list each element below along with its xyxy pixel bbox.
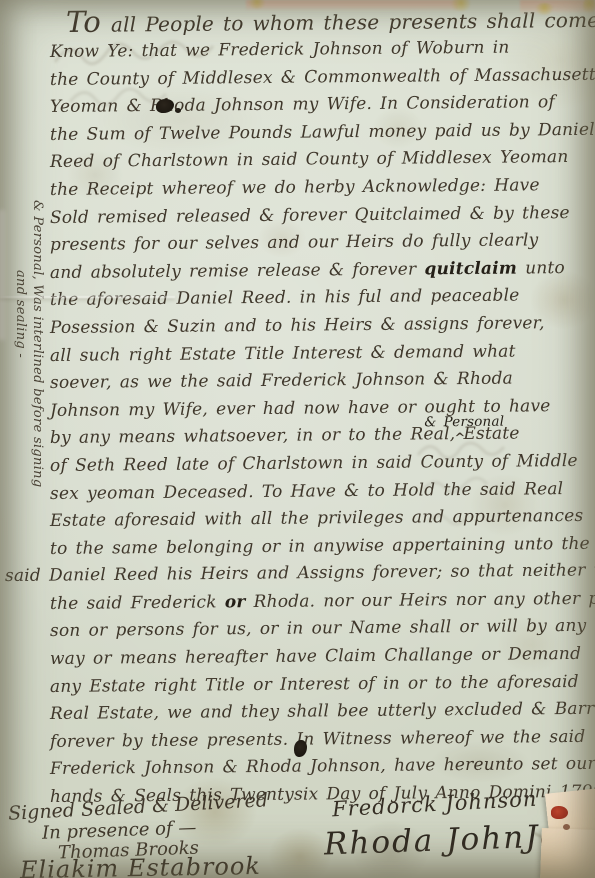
text-line: Posession & Suzin and to his Heirs & ass… bbox=[50, 310, 586, 343]
text-line: of Seth Reed late of Charlstown in said … bbox=[50, 448, 586, 481]
witness-signature: Eliakim Estabrook bbox=[20, 852, 261, 878]
wax-seal bbox=[563, 824, 570, 830]
deed-manuscript-page: & Personal, Was interlined before signin… bbox=[0, 0, 595, 878]
overwritten-word: quitclaim bbox=[424, 258, 517, 279]
page-edge-highlight bbox=[0, 210, 5, 340]
tape-residue bbox=[246, 0, 458, 11]
text-segment: by any means whatsoever, in or to the bbox=[50, 425, 411, 448]
overwritten-word: or bbox=[225, 592, 246, 612]
text-segment: the said Frederick bbox=[50, 592, 225, 614]
text-segment: and absolutely remise release & forever bbox=[50, 259, 425, 283]
seal-paper bbox=[540, 828, 595, 878]
deed-body-text: Toall People to whom these presents shal… bbox=[50, 5, 586, 812]
fold-crease bbox=[0, 296, 175, 298]
text-segment: Rhoda. nor our Heirs nor any other per bbox=[245, 588, 595, 612]
ink-blot bbox=[175, 108, 181, 113]
margin-note-line: and sealing - bbox=[12, 200, 29, 542]
tape-residue bbox=[535, 3, 554, 15]
margin-note-line: & Personal, Was interlined before signin… bbox=[29, 200, 46, 542]
wax-seal bbox=[551, 806, 568, 819]
margin-note: & Personal, Was interlined before signin… bbox=[12, 200, 46, 542]
interlined-passage: & PersonalReal,^ Estate bbox=[410, 424, 519, 445]
text-segment: unto bbox=[517, 258, 565, 278]
opening-initial: To bbox=[66, 5, 101, 39]
tape-residue bbox=[583, 0, 595, 15]
